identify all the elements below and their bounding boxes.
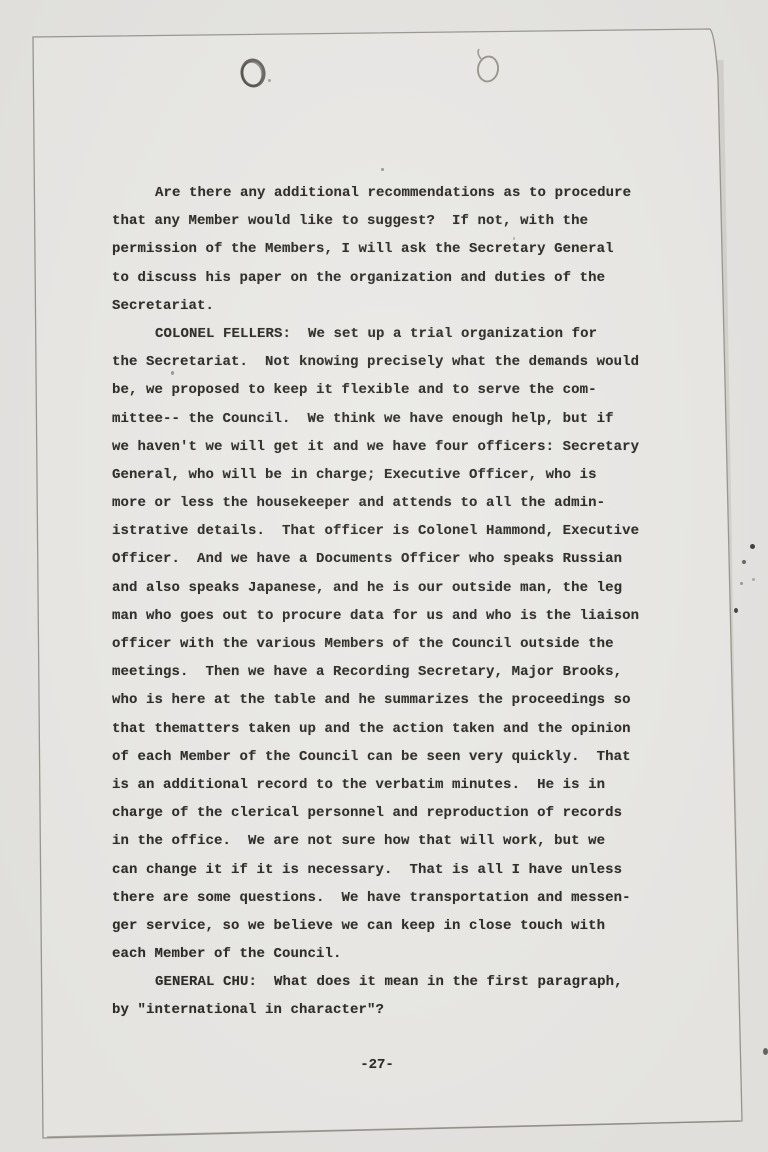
page-number: -27-: [112, 1057, 642, 1073]
text-line: each Member of the Council.: [112, 940, 672, 968]
text-line: istrative details. That officer is Colon…: [112, 517, 672, 545]
text-line: Are there any additional recommendations…: [112, 179, 672, 207]
text-line: to discuss his paper on the organization…: [112, 264, 672, 292]
typewritten-text: Are there any additional recommendations…: [112, 179, 672, 1025]
text-line: be, we proposed to keep it flexible and …: [112, 376, 672, 404]
text-line: meetings. Then we have a Recording Secre…: [112, 658, 672, 686]
text-line: that any Member would like to suggest? I…: [112, 207, 672, 235]
text-line: COLONEL FELLERS: We set up a trial organ…: [112, 320, 672, 348]
text-line: permission of the Members, I will ask th…: [112, 235, 672, 263]
text-line: of each Member of the Council can be see…: [112, 743, 672, 771]
text-line: more or less the housekeeper and attends…: [112, 489, 672, 517]
text-line: can change it if it is necessary. That i…: [112, 856, 672, 884]
text-line: the Secretariat. Not knowing precisely w…: [112, 348, 672, 376]
text-line: General, who will be in charge; Executiv…: [112, 461, 672, 489]
text-line: that thematters taken up and the action …: [112, 715, 672, 743]
text-line: by "international in character"?: [112, 996, 672, 1024]
text-line: who is here at the table and he summariz…: [112, 686, 672, 714]
text-line: in the office. We are not sure how that …: [112, 827, 672, 855]
text-line: man who goes out to procure data for us …: [112, 602, 672, 630]
text-line: Officer. And we have a Documents Officer…: [112, 545, 672, 573]
text-line: and also speaks Japanese, and he is our …: [112, 574, 672, 602]
text-line: GENERAL CHU: What does it mean in the fi…: [112, 968, 672, 996]
scan-background: Are there any additional recommendations…: [0, 0, 768, 1152]
text-line: ger service, so we believe we can keep i…: [112, 912, 672, 940]
text-line: there are some questions. We have transp…: [112, 884, 672, 912]
text-line: is an additional record to the verbatim …: [112, 771, 672, 799]
text-line: mittee-- the Council. We think we have e…: [112, 405, 672, 433]
text-line: charge of the clerical personnel and rep…: [112, 799, 672, 827]
text-line: Secretariat.: [112, 292, 672, 320]
text-line: we haven't we will get it and we have fo…: [112, 433, 672, 461]
text-line: officer with the various Members of the …: [112, 630, 672, 658]
